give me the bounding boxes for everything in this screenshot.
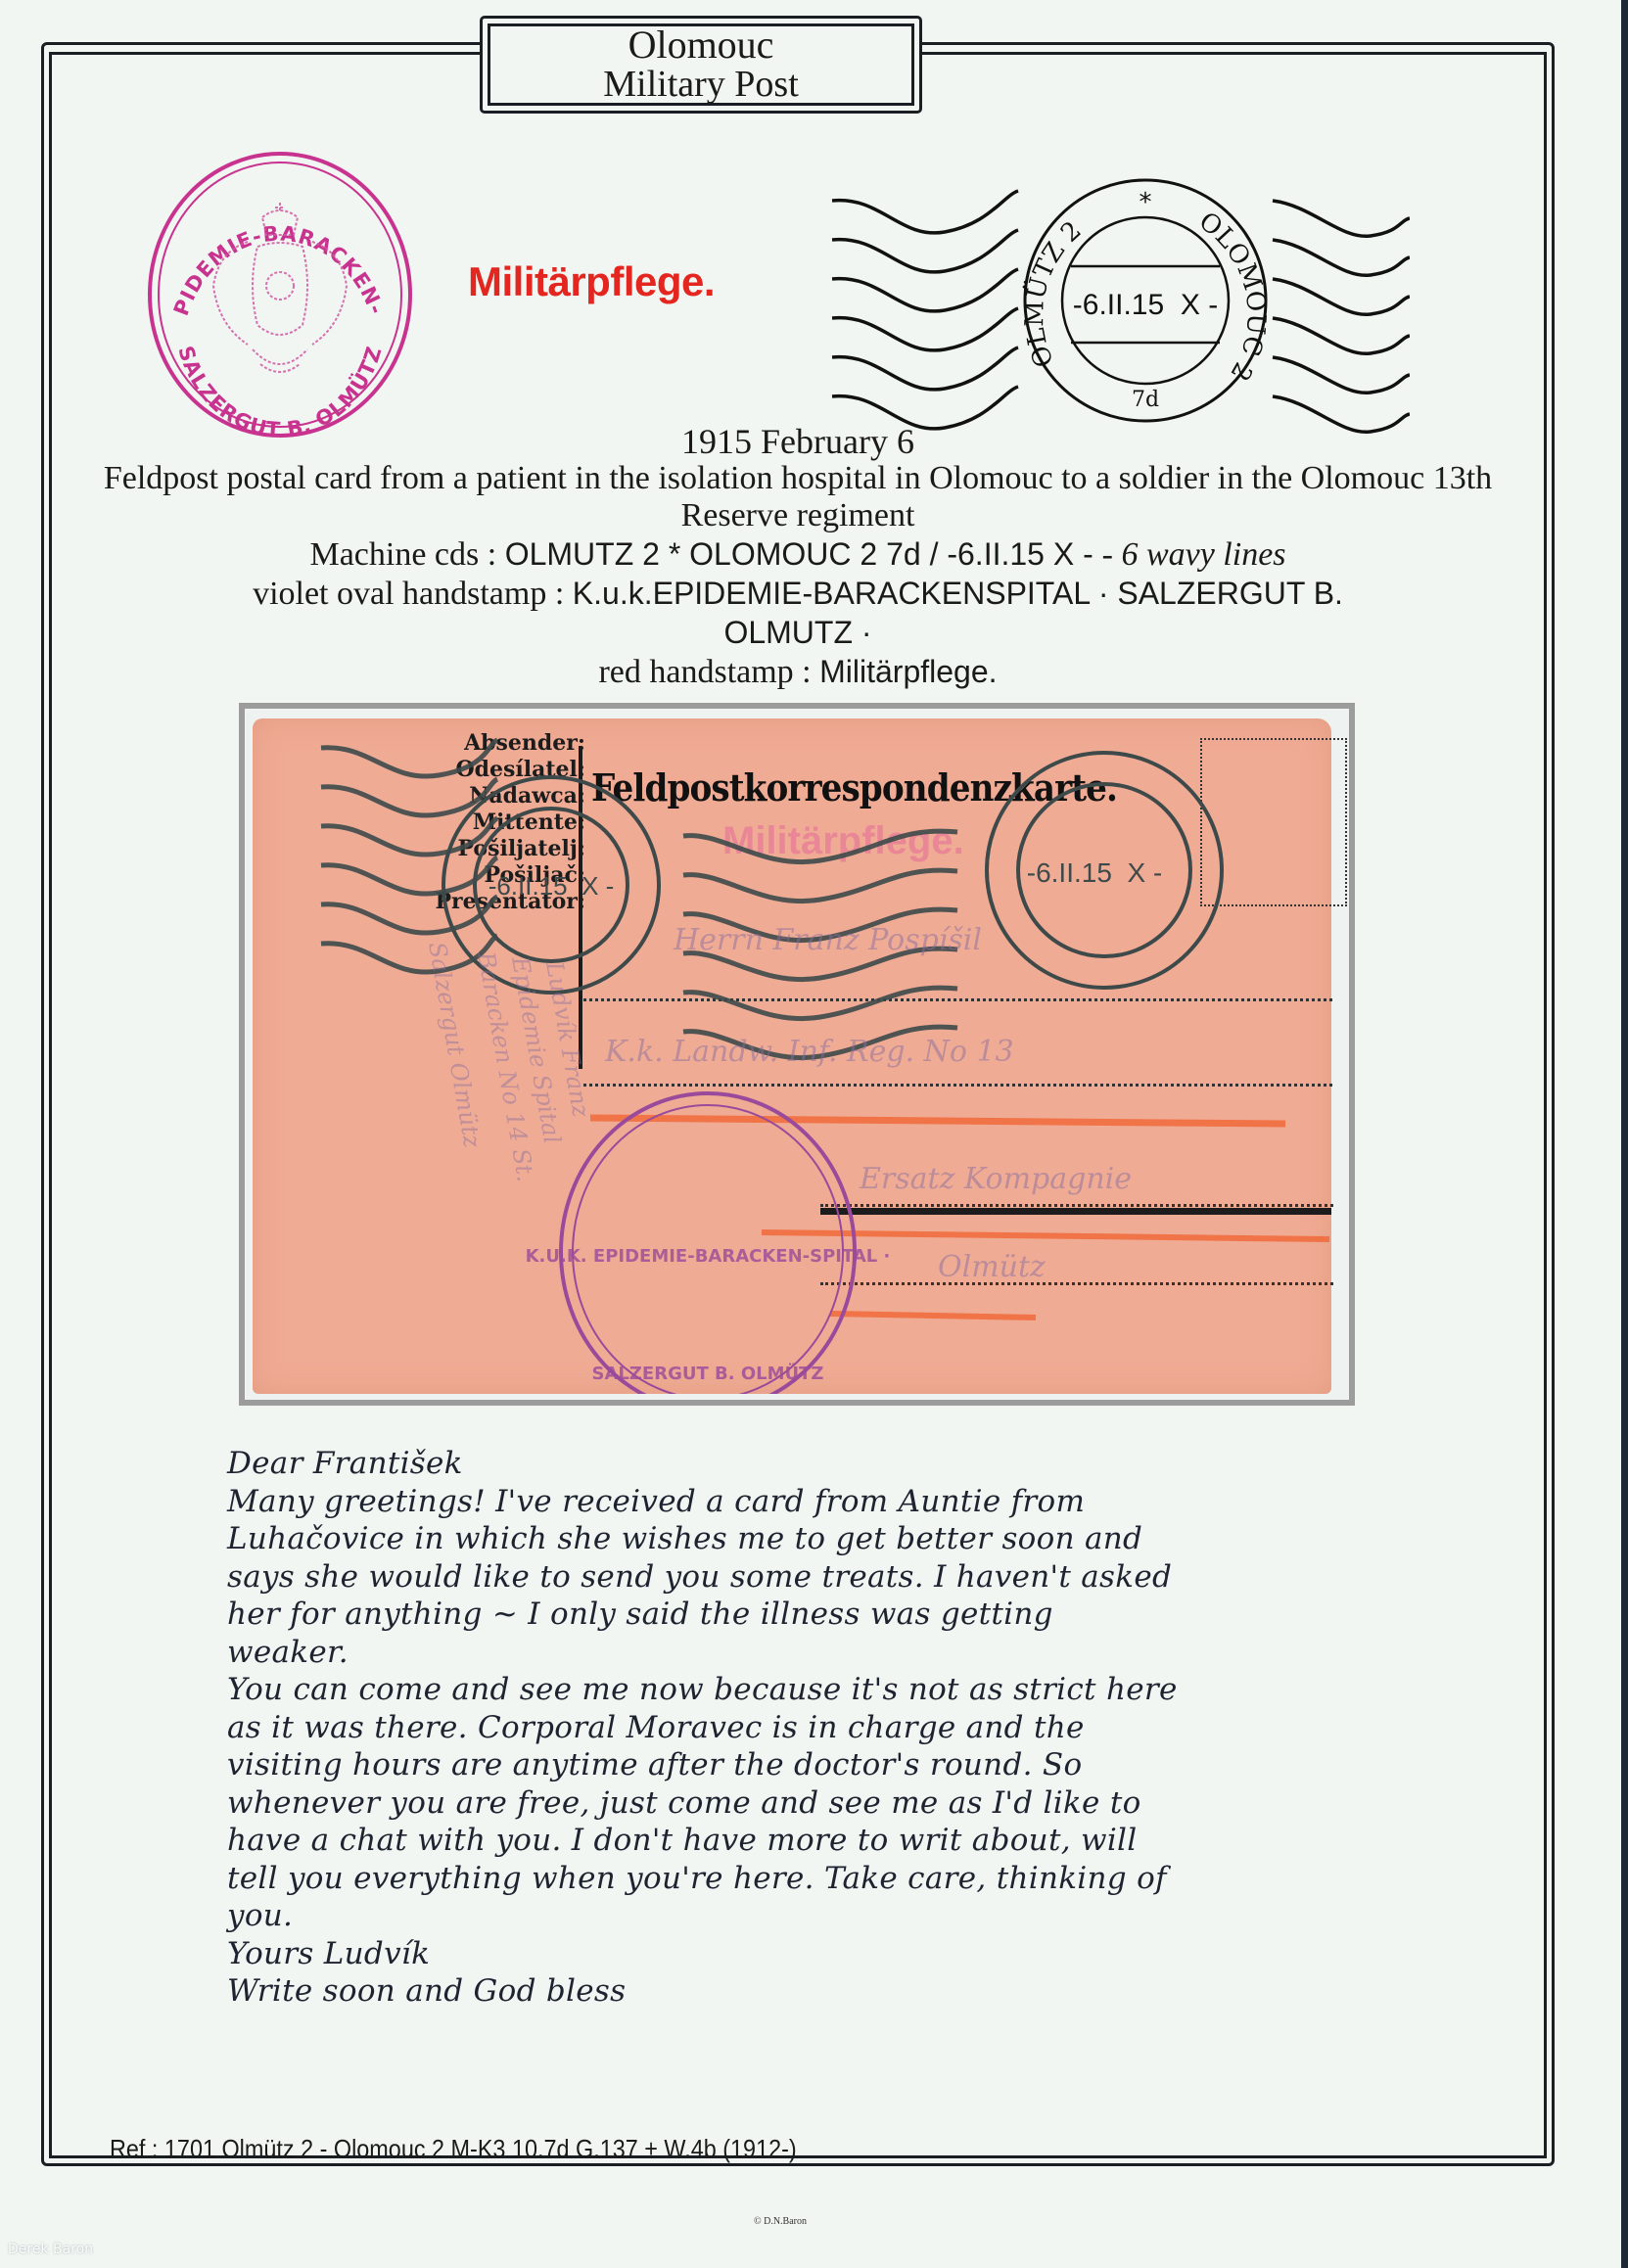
svg-text:-6.II.15 X -: -6.II.15 X -	[1027, 857, 1163, 888]
letter-line: Many greetings! I've received a card fro…	[227, 1483, 1363, 1521]
svg-text:Ersatz Kompagnie: Ersatz Kompagnie	[859, 1162, 1132, 1196]
letter-line: weaker.	[227, 1634, 1363, 1672]
svg-text:K.U.K. EPIDEMIE-BARACKEN-SPITA: K.U.K. EPIDEMIE-BARACKEN-SPITAL ·	[526, 1246, 891, 1267]
machine-cancel-postmark: * OLMÜTZ 2 OLOMOUC 2 -6.II.15 X - 7d	[822, 171, 1410, 440]
letter-line: you.	[227, 1897, 1363, 1935]
letter-line: have a chat with you. I don't have more …	[227, 1822, 1363, 1860]
page-title: Olomouc	[628, 25, 774, 65]
letter-line: Dear František	[227, 1445, 1363, 1483]
double-eagle-emblem-icon	[213, 203, 347, 372]
title-box-inner: Olomouc Military Post	[488, 23, 914, 106]
svg-text:SALZERGUT B. OLMÜTZ: SALZERGUT B. OLMÜTZ	[592, 1363, 824, 1384]
letter-line: You can come and see me now because it's…	[227, 1671, 1363, 1709]
scan-edge	[1621, 0, 1628, 2268]
postal-card: Absender:Odesílatel:Nadawca:Mittente:Poš…	[253, 718, 1331, 1394]
letter-line: tell you everything when you're here. Ta…	[227, 1860, 1363, 1898]
machine-cds-line: Machine cds : OLMUTZ 2 * OLOMOUC 2 7d / …	[59, 536, 1537, 574]
watermark: Derek Baron	[8, 2242, 93, 2257]
letter-line: Luhačovice in which she wishes me to get…	[227, 1520, 1363, 1558]
description-text: Feldpost postal card from a patient in t…	[59, 460, 1537, 534]
card-markings: Militärpflege. -6.II.15 X - -6.II.15 X -…	[253, 718, 1331, 1394]
violet-handstamp-line: violet oval handstamp : K.u.k.EPIDEMIE-B…	[59, 576, 1537, 613]
cancel-date: -6.II.15 X -	[1073, 289, 1218, 321]
svg-text:K.k. Landw. Inf. Reg. No 13: K.k. Landw. Inf. Reg. No 13	[604, 1035, 1014, 1069]
copyright: © D.N.Baron	[754, 2216, 807, 2227]
svg-text:7d: 7d	[1132, 388, 1159, 412]
letter-line: visiting hours are anytime after the doc…	[227, 1746, 1363, 1784]
wavy-lines-left-icon	[832, 191, 1018, 429]
svg-text:-6.II.15 X -: -6.II.15 X -	[488, 871, 615, 901]
letter-line: her for anything ~ I only said the illne…	[227, 1596, 1363, 1634]
letter-line: whenever you are free, just come and see…	[227, 1784, 1363, 1823]
letter-translation: Dear FrantišekMany greetings! I've recei…	[227, 1445, 1363, 2011]
page-subtitle: Military Post	[603, 65, 799, 104]
militarpflege-red-stamp: Militärpflege.	[468, 258, 715, 305]
letter-line: as it was there. Corporal Moravec is in …	[227, 1709, 1363, 1747]
letter-line: Write soon and God bless	[227, 1972, 1363, 2011]
violet-oval-handstamp: K.U.K. EPIDEMIE-BARACKEN-SPITAL · SALZER…	[145, 149, 415, 440]
svg-text:Olmütz: Olmütz	[938, 1250, 1046, 1284]
star-icon: *	[1140, 188, 1152, 217]
description-date: 1915 February 6	[59, 421, 1537, 462]
letter-line: says she would like to send you some tre…	[227, 1558, 1363, 1597]
wavy-lines-right-icon	[1273, 201, 1410, 432]
red-handstamp-line: red handstamp : Militärpflege.	[59, 654, 1537, 691]
svg-text:Herrn Franz Pospíšil: Herrn Franz Pospíšil	[673, 923, 982, 957]
letter-line: Yours Ludvík	[227, 1935, 1363, 1973]
violet-handstamp-line-2: OLMUTZ ·	[59, 615, 1537, 651]
reference-text: Ref : 1701 Olmütz 2 - Olomouc 2 M-K3 10.…	[110, 2134, 797, 2164]
